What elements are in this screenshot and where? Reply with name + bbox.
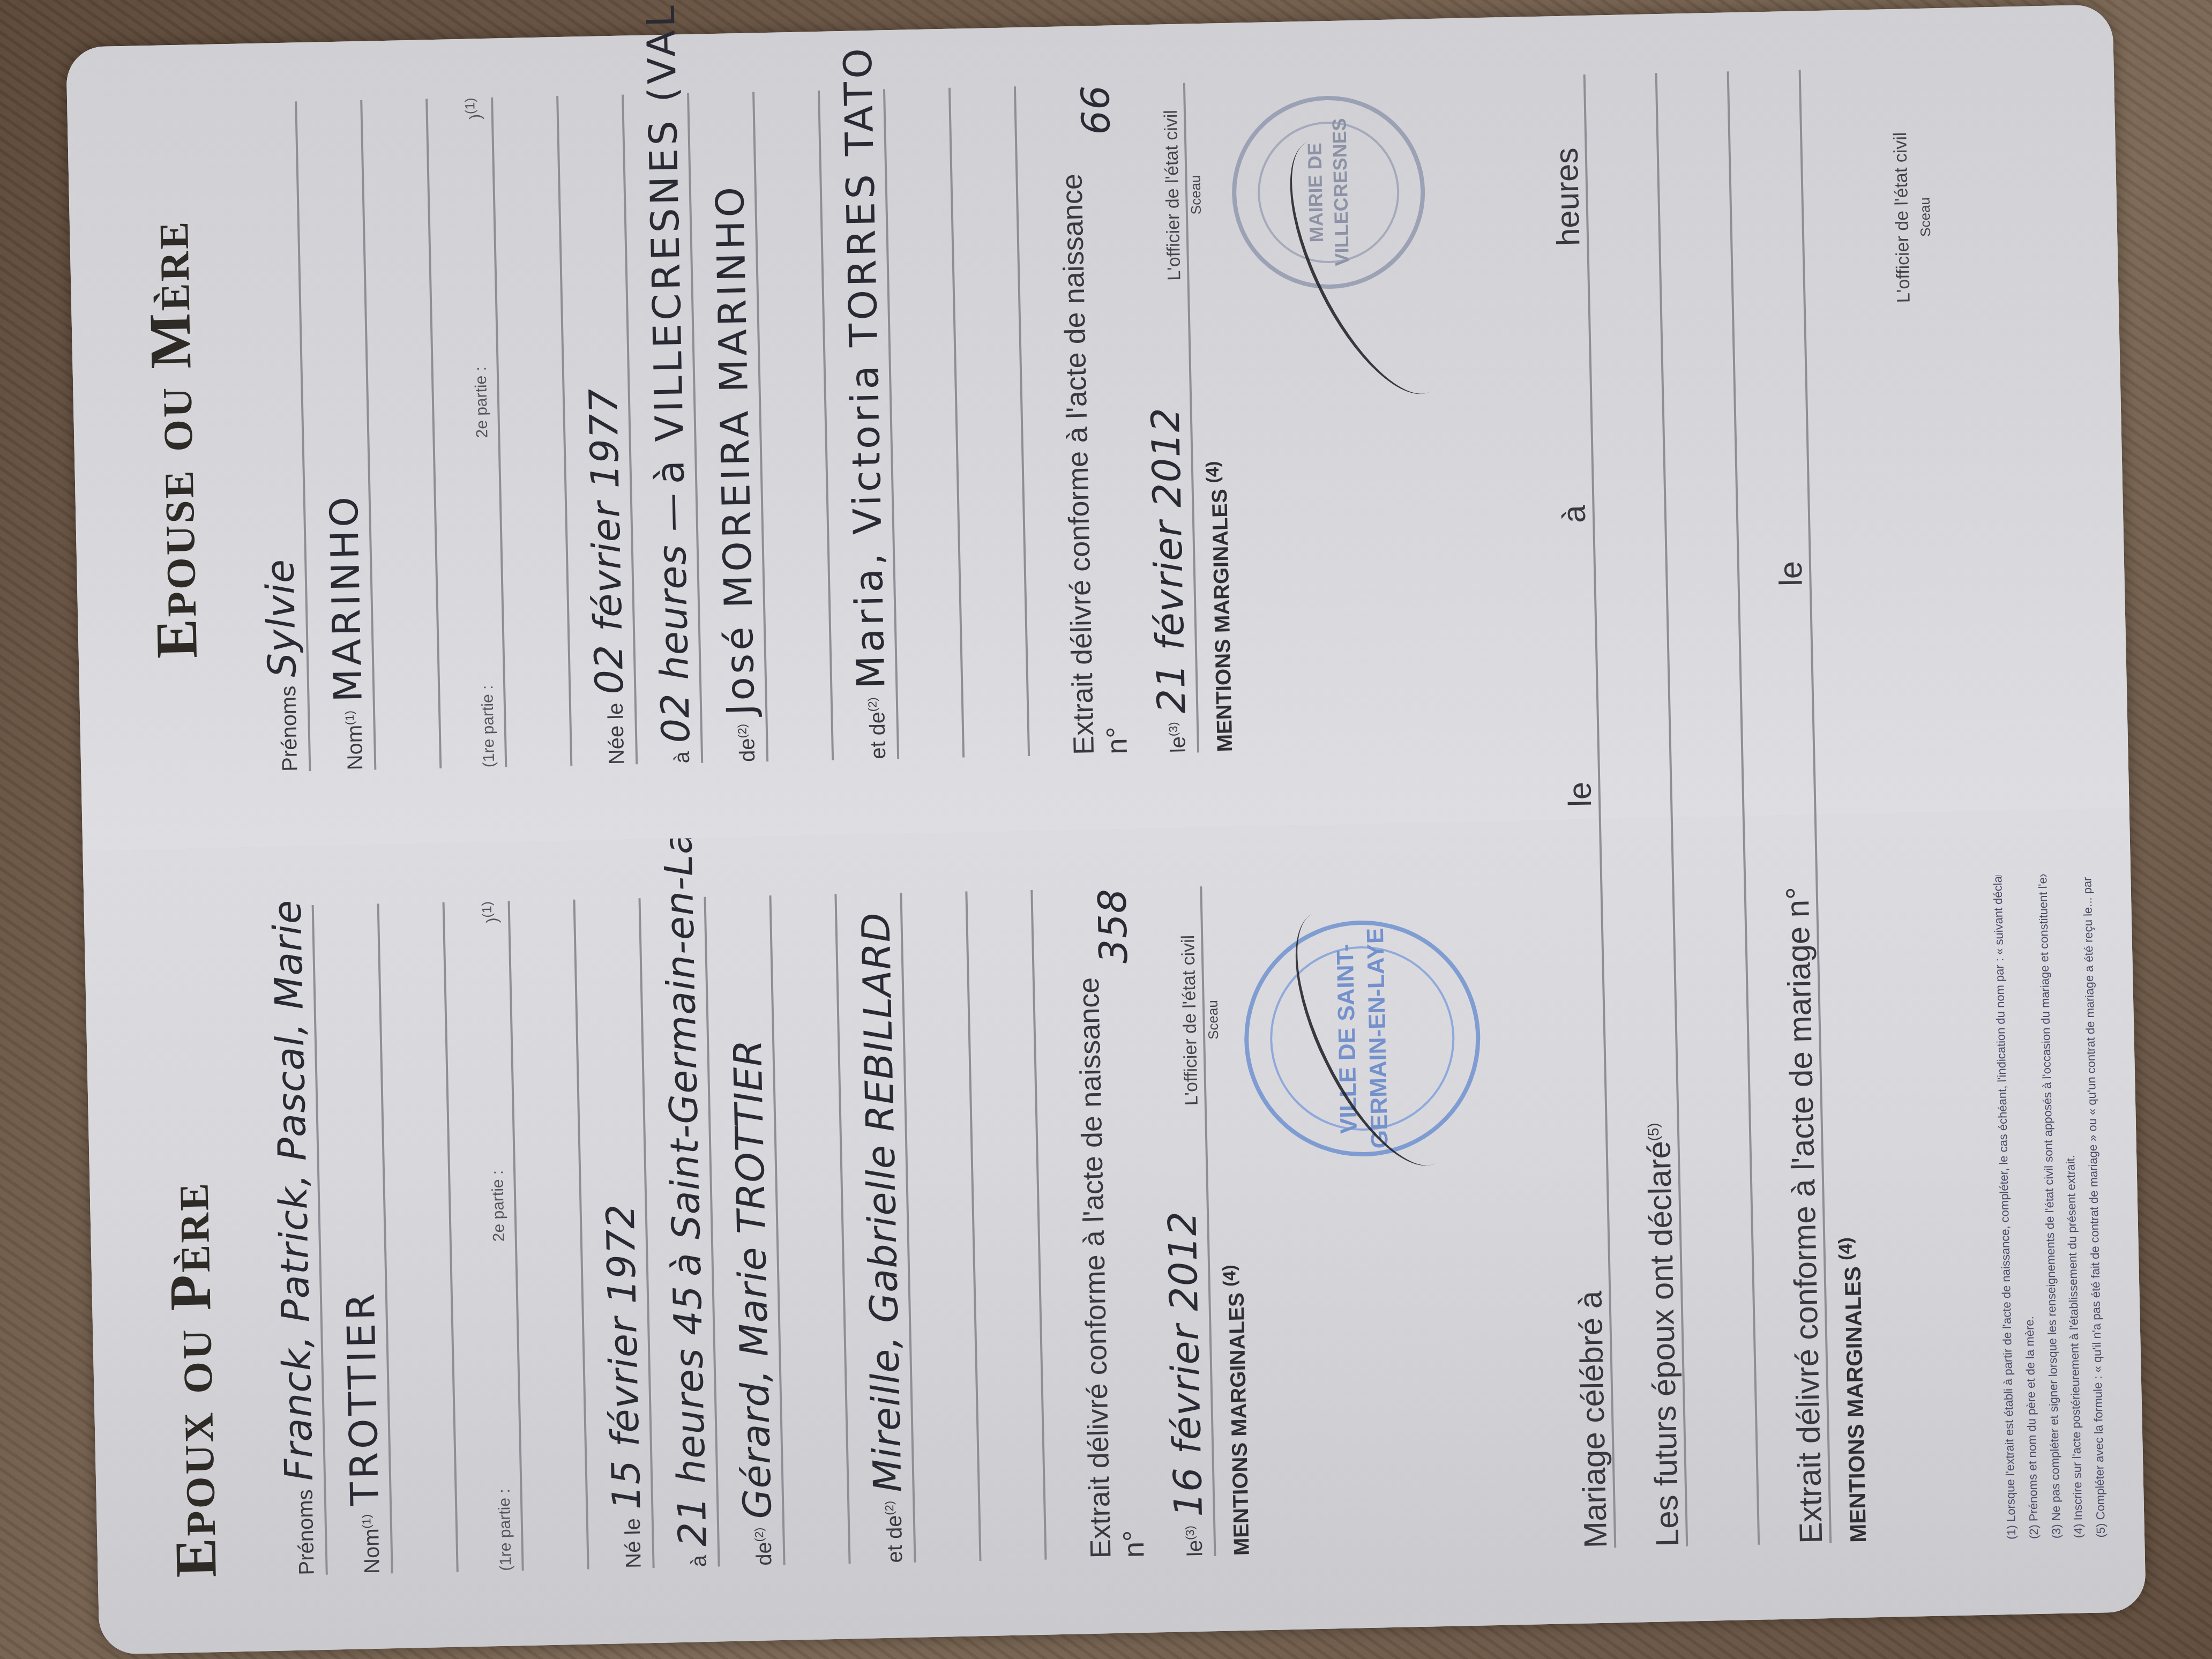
le-label: le(3): [1183, 1525, 1214, 1557]
blank-line: [951, 86, 1030, 757]
prenoms-label: Prénoms: [293, 1489, 325, 1575]
footnotes: (1) Lorsque l'extrait est établi à parti…: [1986, 873, 2112, 1540]
partie2-label: 2e partie :: [472, 366, 498, 438]
officer-block: L'officier de l'état civil Sceau: [1178, 935, 1223, 1106]
le-label: le(3): [1166, 721, 1197, 753]
extrait-date: 16 février 2012: [1160, 1210, 1213, 1518]
officer-label: L'officier de l'état civil: [1178, 935, 1202, 1105]
heures-label: heures: [1548, 147, 1587, 246]
de-label: de(2): [735, 723, 766, 763]
nee-le-label: Née le: [604, 703, 636, 765]
pere-value: Gérard, Marie TROTTIER: [725, 1038, 782, 1519]
heading-epouse-ou-mere: Epouse ou Mère: [131, 103, 213, 774]
prenoms-value: Sylvie: [257, 558, 307, 678]
extrait-naissance: Extrait délivré conforme à l'acte de nai…: [1053, 82, 1237, 755]
extrait-mariage-label: Extrait délivré conforme à l'acte de mar…: [1779, 886, 1830, 1544]
partie1-label: (1re partie :: [479, 685, 505, 767]
ne-le-label: Né le: [621, 1518, 653, 1569]
extrait-naissance: Extrait délivré conforme à l'acte de nai…: [1070, 886, 1254, 1559]
officer-block: L'officier de l'état civil Sceau: [1890, 131, 1935, 303]
acte-numero: 66: [1073, 84, 1121, 135]
livret-de-famille-document: Epoux ou Père Prénoms Franck, Patrick, P…: [66, 4, 2146, 1654]
extrait-date: 21 février 2012: [1143, 407, 1197, 714]
nom-label: Nom(1): [342, 710, 374, 771]
partie2-label: 2e partie :: [489, 1170, 515, 1242]
nom-value: MARINHO: [322, 493, 373, 703]
le-label: le: [1561, 781, 1598, 807]
heures-value: 02 heures —: [648, 492, 701, 743]
officer-label: L'officier de l'état civil: [1890, 132, 1914, 303]
mariage-section: Mariage célébré à le à heures Les futurs…: [1514, 69, 1871, 1549]
a-label: à: [1556, 505, 1593, 524]
acte-numero: 358: [1089, 888, 1138, 964]
sceau-label: Sceau: [1203, 935, 1223, 1105]
a-label: à: [670, 751, 701, 764]
a-label: à: [687, 1555, 718, 1567]
et-de-label: et de(2): [865, 697, 897, 759]
mere-value: Mireille, Gabrielle REBILLARD: [853, 911, 913, 1493]
et-de-label: et de(2): [882, 1500, 914, 1563]
sceau-label: Sceau: [1186, 109, 1206, 280]
ne-le-value: 15 février 1972: [597, 1203, 651, 1510]
le2-label: le: [1772, 561, 1810, 586]
heading-epoux-ou-pere: Epoux ou Père: [148, 907, 230, 1578]
extrait-text: Extrait délivré conforme à l'acte de nai…: [1055, 143, 1134, 756]
futurs-label: Les futurs époux ont déclaré(5): [1640, 1122, 1686, 1547]
blank-line: [967, 890, 1047, 1561]
nee-le-value: 02 février 1977: [581, 387, 634, 694]
lieu-value: à VILLECRESNES (VAL DE MARNE): [632, 0, 695, 484]
nom-label: Nom(1): [359, 1514, 391, 1574]
de-label: de(2): [752, 1527, 783, 1566]
sceau-label: Sceau: [1915, 131, 1935, 302]
prenoms-value: Franck, Patrick, Pascal, Marie: [264, 899, 324, 1482]
prenoms-label: Prénoms: [276, 685, 309, 772]
officer-block: L'officier de l'état civil Sceau: [1161, 109, 1206, 281]
heures-value: 21 heures 45: [665, 1284, 718, 1547]
officer-label: L'officier de l'état civil: [1161, 110, 1185, 281]
extrait-text: Extrait délivré conforme à l'acte de nai…: [1072, 972, 1151, 1559]
nom-value: TROTTIER: [338, 1290, 390, 1506]
celebre-label: Mariage célébré à: [1572, 1290, 1614, 1549]
pere-value: José MOREIRA MARINHO: [707, 183, 766, 716]
partie1-label: (1re partie :: [496, 1489, 522, 1571]
